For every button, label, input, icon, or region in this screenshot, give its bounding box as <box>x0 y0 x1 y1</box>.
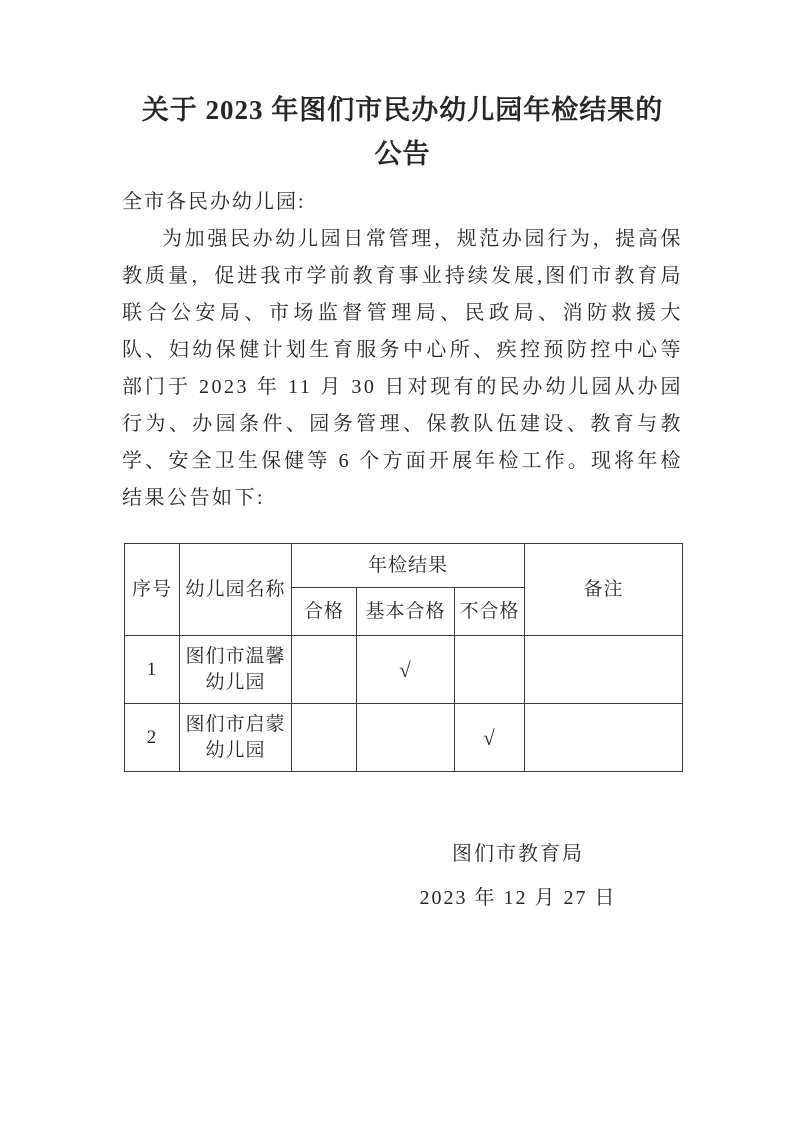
cell-pass <box>292 636 357 704</box>
cell-pass <box>292 704 357 772</box>
document-title: 关于 2023 年图们市民办幼儿园年检结果的 公告 <box>122 88 683 176</box>
cell-fail <box>455 636 525 704</box>
cell-basic-pass: √ <box>357 636 455 704</box>
table-header-fail: 不合格 <box>455 588 525 636</box>
cell-remark <box>525 636 683 704</box>
document-page: 关于 2023 年图们市民办幼儿园年检结果的 公告 全市各民办幼儿园: 为加强民… <box>0 0 793 1121</box>
table-header-basic-pass: 基本合格 <box>357 588 455 636</box>
salutation: 全市各民办幼儿园: <box>122 184 683 221</box>
cell-basic-pass <box>357 704 455 772</box>
table-header-name: 幼儿园名称 <box>180 544 292 636</box>
cell-seq: 2 <box>125 704 180 772</box>
table-row: 2 图们市启蒙幼儿园 √ <box>125 704 683 772</box>
table-header-result-group: 年检结果 <box>292 544 525 588</box>
table-header-pass: 合格 <box>292 588 357 636</box>
table-header-remark: 备注 <box>525 544 683 636</box>
cell-seq: 1 <box>125 636 180 704</box>
signature-date: 2023 年 12 月 27 日 <box>338 876 698 920</box>
document-title-line2: 公告 <box>122 132 683 176</box>
cell-remark <box>525 704 683 772</box>
cell-kindergarten-name: 图们市启蒙幼儿园 <box>180 704 292 772</box>
inspection-result-table: 序号 幼儿园名称 年检结果 备注 合格 基本合格 不合格 1 图们市温馨幼儿园 … <box>124 543 683 772</box>
table-header-seq: 序号 <box>125 544 180 636</box>
cell-fail: √ <box>455 704 525 772</box>
cell-kindergarten-name: 图们市温馨幼儿园 <box>180 636 292 704</box>
body-paragraph: 为加强民办幼儿园日常管理，规范办园行为，提高保教质量，促进我市学前教育事业持续发… <box>122 221 683 517</box>
signature-org: 图们市教育局 <box>338 832 698 876</box>
document-title-line1: 关于 2023 年图们市民办幼儿园年检结果的 <box>122 88 683 132</box>
table-header-row-1: 序号 幼儿园名称 年检结果 备注 <box>125 544 683 588</box>
signature-block: 图们市教育局 2023 年 12 月 27 日 <box>338 832 698 920</box>
table-row: 1 图们市温馨幼儿园 √ <box>125 636 683 704</box>
